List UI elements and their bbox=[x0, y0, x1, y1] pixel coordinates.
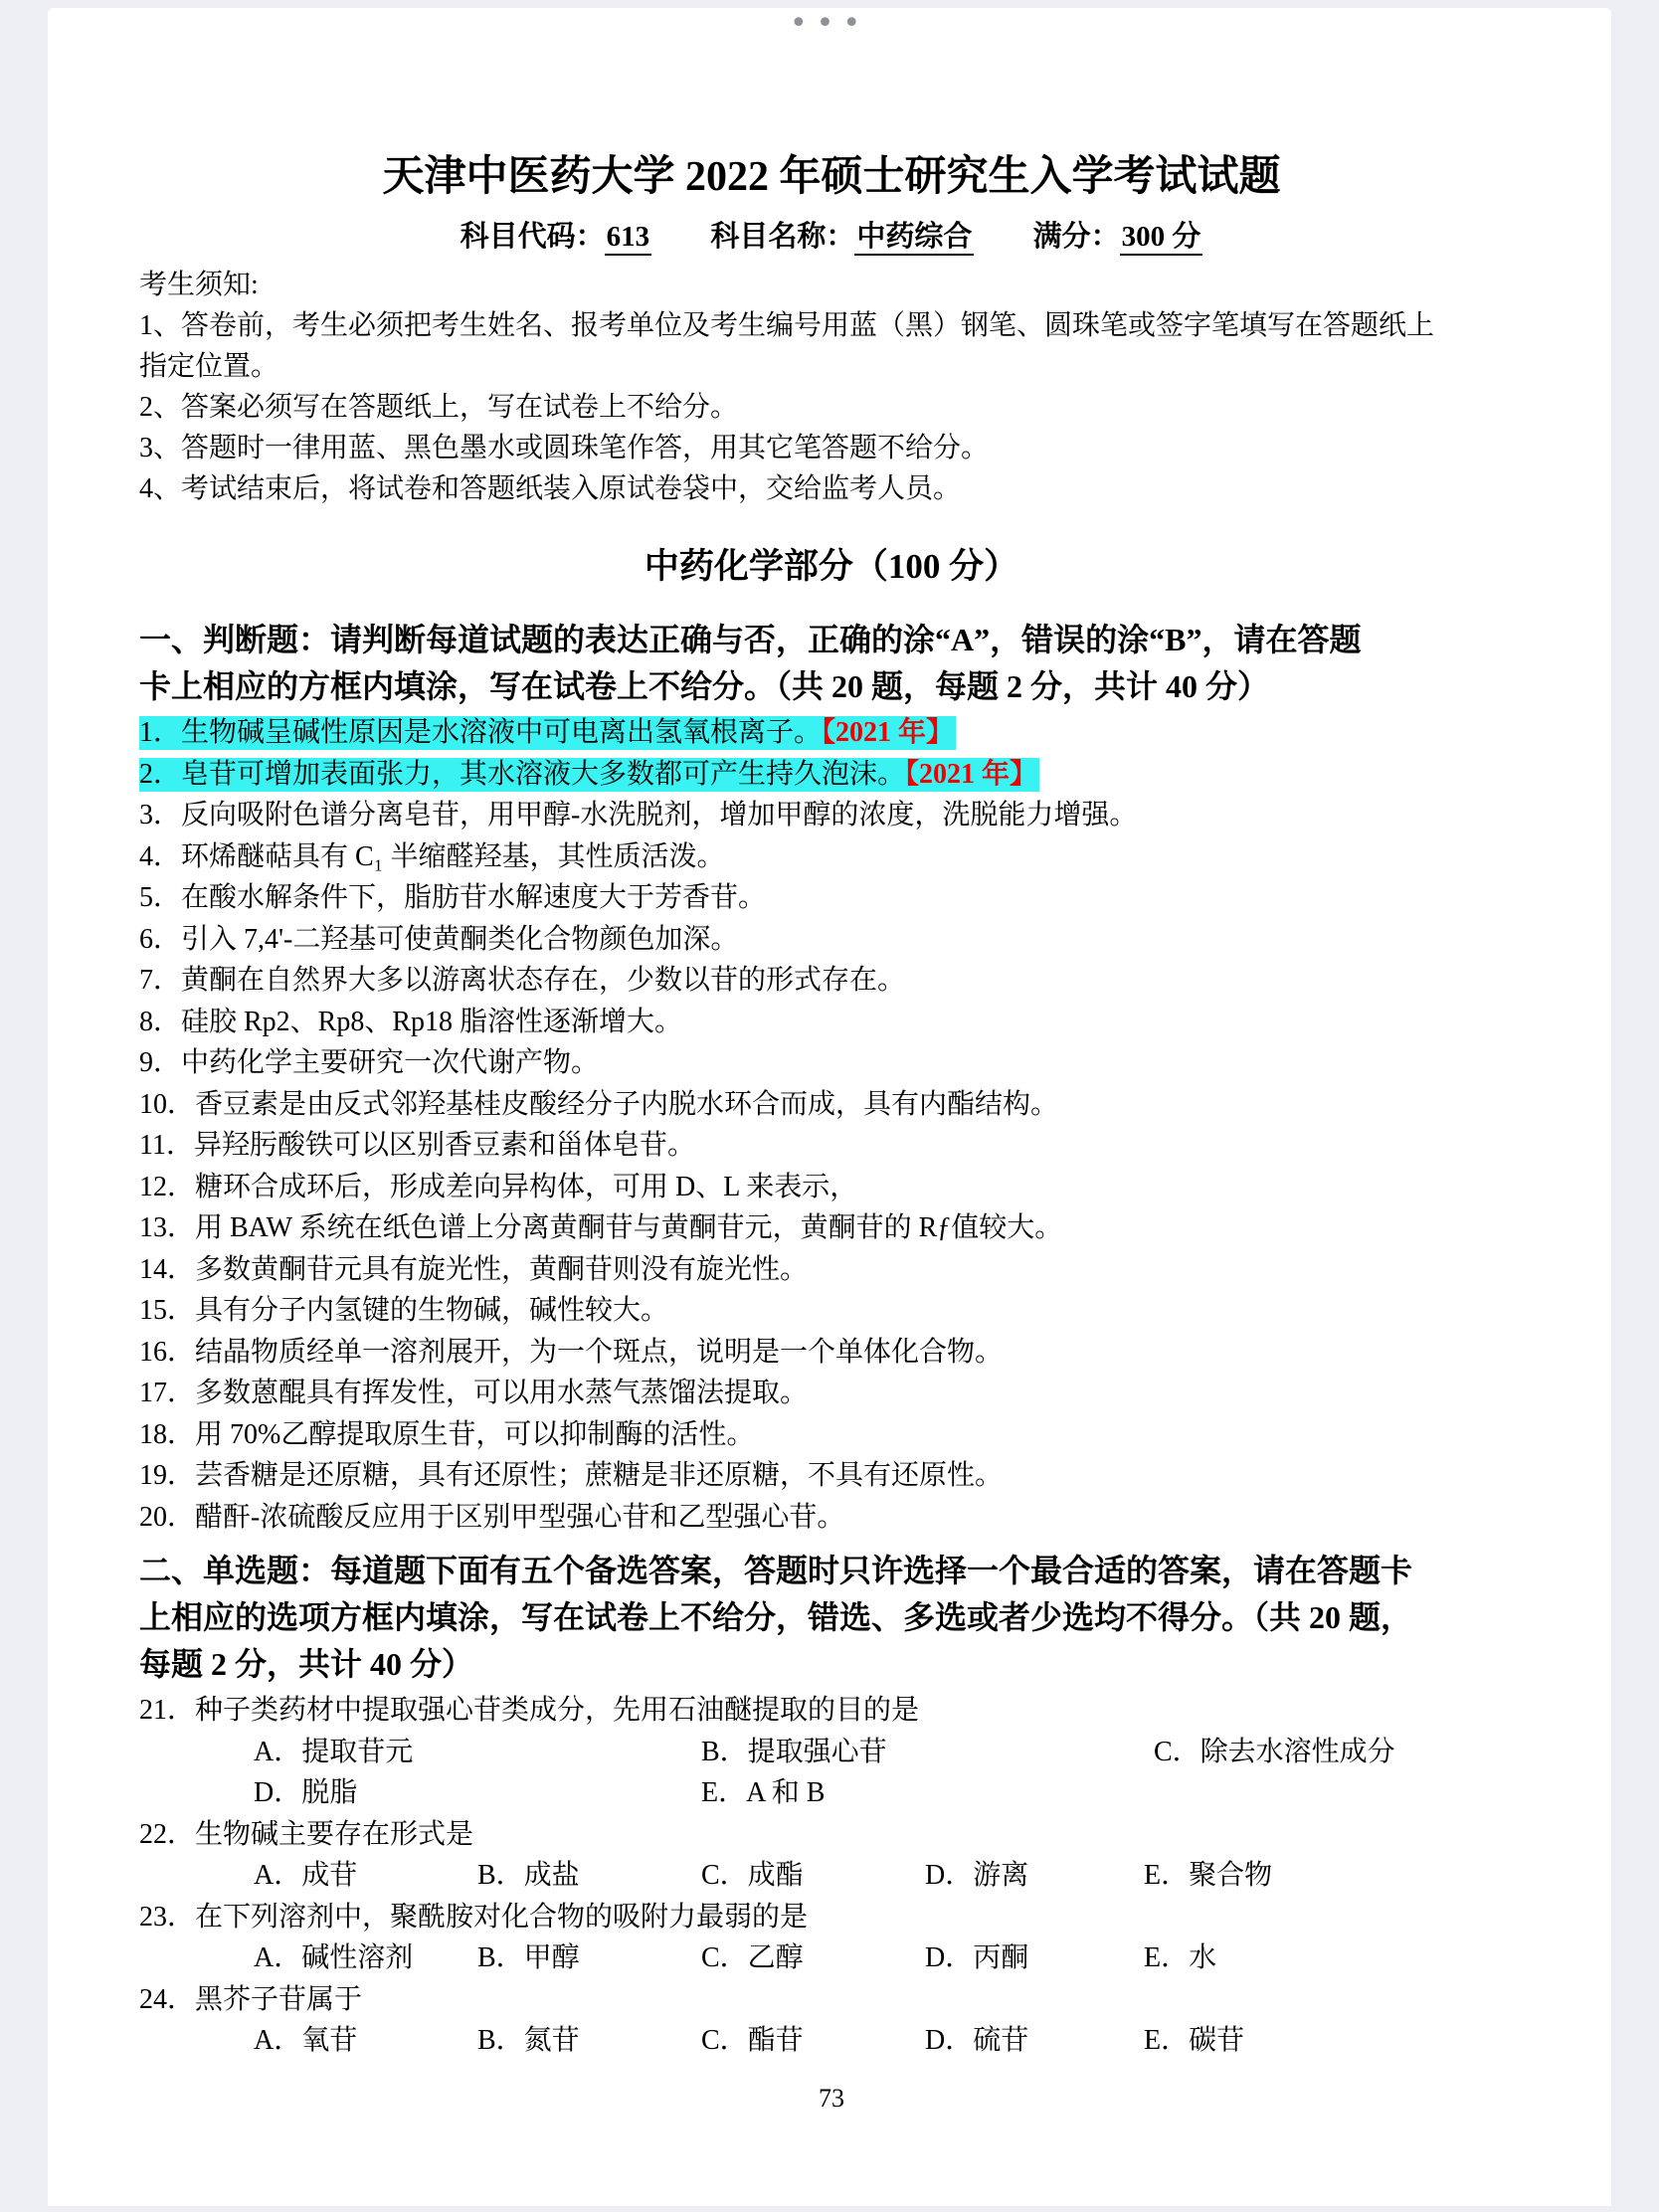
meta-group: 科目名称：中药综合 bbox=[710, 217, 974, 257]
meta-value: 中药综合 bbox=[854, 221, 974, 256]
page-number: 73 bbox=[139, 2084, 1524, 2114]
option-cell: E．聚合物 bbox=[1144, 1855, 1524, 1897]
question-line: 11．异羟肟酸铁可以区别香豆素和甾体皂苷。 bbox=[139, 1129, 697, 1163]
question-line: 2．皂苷可增加表面张力，其水溶液大多数都可产生持久泡沫。【2021 年】 bbox=[139, 758, 1039, 792]
option-cell: A．碱性溶剂 bbox=[254, 1937, 477, 1979]
exam-meta-line: 科目代码：613 科目名称：中药综合 满分：300 分 bbox=[139, 217, 1524, 257]
question-item: 10．香豆素是由反式邻羟基桂皮酸经分子内脱水环合而成，具有内酯结构。 bbox=[139, 1084, 1524, 1126]
more-menu-icon[interactable]: ••• bbox=[790, 4, 869, 44]
question-item: 8．硅胶 Rp2、Rp8、Rp18 脂溶性逐渐增大。 bbox=[139, 1002, 1524, 1043]
question-item: 13．用 BAW 系统在纸色谱上分离黄酮苷与黄酮苷元，黄酮苷的 Rƒ值较大。 bbox=[139, 1207, 1524, 1249]
part-header-line: 一、判断题：请判断每道试题的表达正确与否，正确的涂“A”，错误的涂“B”，请在答… bbox=[139, 617, 1524, 663]
question-item: 20．醋酐-浓硫酸反应用于区别甲型强心苷和乙型强心苷。 bbox=[139, 1497, 1524, 1539]
option-cell: E．碳苷 bbox=[1144, 2020, 1524, 2062]
question-text: 4．环烯醚萜具有 C₁ 半缩醛羟基，其性质活泼。 bbox=[139, 841, 724, 872]
option-cell: E．水 bbox=[1144, 1937, 1524, 1979]
question-text: 13．用 BAW 系统在纸色谱上分离黄酮苷与黄酮苷元，黄酮苷的 Rƒ值较大。 bbox=[139, 1212, 1062, 1243]
part-header-line: 每题 2 分，共计 40 分） bbox=[139, 1641, 1524, 1688]
question-text: 3．反向吸附色谱分离皂苷，用甲醇-水洗脱剂，增加甲醇的浓度，洗脱能力增强。 bbox=[139, 800, 1137, 830]
question-item: 23．在下列溶剂中，聚酰胺对化合物的吸附力最弱的是 A．碱性溶剂 B．甲醇 C．… bbox=[139, 1897, 1524, 1979]
question-text: 15．具有分子内氢键的生物碱，碱性较大。 bbox=[139, 1295, 668, 1326]
question-text: 6．引入 7,4'-二羟基可使黄酮类化合物颜色加深。 bbox=[139, 924, 738, 955]
option-cell: E．A 和 B bbox=[701, 1772, 1154, 1814]
question-line: 17．多数蒽醌具有挥发性，可以用水蒸气蒸馏法提取。 bbox=[139, 1377, 810, 1410]
options-row: A．氧苷 B．氮苷 C．酯苷 D．硫苷 E．碳苷 bbox=[139, 2020, 1524, 2062]
question-text: 16．结晶物质经单一溶剂展开，为一个斑点，说明是一个单体化合物。 bbox=[139, 1337, 1003, 1368]
options-row: D．脱脂 E．A 和 B bbox=[139, 1772, 1524, 1814]
option-cell: A．氧苷 bbox=[254, 2020, 477, 2062]
notice-heading: 考生须知: bbox=[139, 265, 1524, 305]
part-header-line: 上相应的选项方框内填涂，写在试卷上不给分，错选、多选或者少选均不得分。（共 20… bbox=[139, 1594, 1524, 1641]
option-cell: D．游离 bbox=[925, 1855, 1144, 1897]
question-text: 9．中药化学主要研究一次代谢产物。 bbox=[139, 1047, 599, 1078]
question-text: 10．香豆素是由反式邻羟基桂皮酸经分子内脱水环合而成，具有内酯结构。 bbox=[139, 1089, 1058, 1120]
question-line: 1．生物碱呈碱性原因是水溶液中可电离出氢氧根离子。【2021 年】 bbox=[139, 716, 956, 750]
notice-line: 4、考试结束后，将试卷和答题纸装入原试卷袋中，交给监考人员。 bbox=[139, 468, 1524, 509]
question-item: 15．具有分子内氢键的生物碱，碱性较大。 bbox=[139, 1290, 1524, 1332]
question-item: 19．芸香糖是还原糖，具有还原性；蔗糖是非还原糖，不具有还原性。 bbox=[139, 1455, 1524, 1497]
options-rows: A．碱性溶剂 B．甲醇 C．乙醇 D．丙酮 E．水 bbox=[139, 1937, 1524, 1979]
options-rows: A．氧苷 B．氮苷 C．酯苷 D．硫苷 E．碳苷 bbox=[139, 2020, 1524, 2062]
option-cell: D．丙酮 bbox=[925, 1937, 1144, 1979]
question-item: 11．异羟肟酸铁可以区别香豆素和甾体皂苷。 bbox=[139, 1125, 1524, 1167]
part1-question-list: 1．生物碱呈碱性原因是水溶液中可电离出氢氧根离子。【2021 年】 2．皂苷可增… bbox=[139, 712, 1524, 1538]
question-item: 4．环烯醚萜具有 C₁ 半缩醛羟基，其性质活泼。 bbox=[139, 836, 1524, 878]
notice-line: 1、答卷前，考生必须把考生姓名、报考单位及考生编号用蓝（黑）钢笔、圆珠笔或签字笔… bbox=[139, 305, 1524, 346]
part-header-line: 二、单选题：每道题下面有五个备选答案，答题时只许选择一个最合适的答案，请在答题卡 bbox=[139, 1548, 1524, 1594]
section-title: 中药化学部分（100 分） bbox=[139, 543, 1524, 591]
year-tag: 【2021 年】 bbox=[822, 717, 954, 748]
meta-label: 科目名称： bbox=[710, 221, 854, 253]
options-rows: A．提取苷元 B．提取强心苷 C．除去水溶性成分 D．脱脂 bbox=[139, 1732, 1524, 1814]
question-line: 6．引入 7,4'-二羟基可使黄酮类化合物颜色加深。 bbox=[139, 923, 740, 957]
option-cell: B．氮苷 bbox=[477, 2020, 701, 2062]
question-line: 4．环烯醚萜具有 C₁ 半缩醛羟基，其性质活泼。 bbox=[139, 840, 726, 874]
question-text: 2．皂苷可增加表面张力，其水溶液大多数都可产生持久泡沫。 bbox=[139, 759, 905, 790]
option-cell: B．提取强心苷 bbox=[701, 1732, 1154, 1773]
question-line: 3．反向吸附色谱分离皂苷，用甲醇-水洗脱剂，增加甲醇的浓度，洗脱能力增强。 bbox=[139, 799, 1139, 832]
question-text: 5．在酸水解条件下，脂肪苷水解速度大于芳香苷。 bbox=[139, 882, 766, 913]
document-page: ••• 天津中医药大学 2022 年硕士研究生入学考试试题 科目代码：613 科… bbox=[48, 8, 1611, 2206]
notice-line: 指定位置。 bbox=[139, 346, 1524, 387]
question-item: 18．用 70%乙醇提取原生苷，可以抑制酶的活性。 bbox=[139, 1414, 1524, 1456]
part2-question-list: 21．种子类药材中提取强心苷类成分，先用石油醚提取的目的是 A．提取苷元 B．提… bbox=[139, 1690, 1524, 2062]
meta-group: 满分：300 分 bbox=[1033, 217, 1203, 257]
option-cell: C．成酯 bbox=[701, 1855, 925, 1897]
question-text: 18．用 70%乙醇提取原生苷，可以抑制酶的活性。 bbox=[139, 1419, 754, 1450]
question-item: 16．结晶物质经单一溶剂展开，为一个斑点，说明是一个单体化合物。 bbox=[139, 1332, 1524, 1374]
question-text: 11．异羟肟酸铁可以区别香豆素和甾体皂苷。 bbox=[139, 1130, 695, 1161]
question-item: 2．皂苷可增加表面张力，其水溶液大多数都可产生持久泡沫。【2021 年】 bbox=[139, 754, 1524, 796]
question-text: 22．生物碱主要存在形式是 bbox=[139, 1814, 1524, 1856]
options-row: A．碱性溶剂 B．甲醇 C．乙醇 D．丙酮 E．水 bbox=[139, 1937, 1524, 1979]
option-cell: A．成苷 bbox=[254, 1855, 477, 1897]
option-cell: D．脱脂 bbox=[254, 1772, 701, 1814]
question-item: 14．多数黄酮苷元具有旋光性，黄酮苷则没有旋光性。 bbox=[139, 1249, 1524, 1291]
question-item: 22．生物碱主要存在形式是 A．成苷 B．成盐 C．成酯 bbox=[139, 1814, 1524, 1897]
question-line: 16．结晶物质经单一溶剂展开，为一个斑点，说明是一个单体化合物。 bbox=[139, 1336, 1005, 1370]
question-text: 7．黄酮在自然界大多以游离状态存在，少数以苷的形式存在。 bbox=[139, 965, 905, 996]
meta-label: 科目代码： bbox=[461, 221, 605, 253]
question-line: 14．多数黄酮苷元具有旋光性，黄酮苷则没有旋光性。 bbox=[139, 1253, 810, 1287]
question-item: 3．反向吸附色谱分离皂苷，用甲醇-水洗脱剂，增加甲醇的浓度，洗脱能力增强。 bbox=[139, 795, 1524, 836]
question-text: 21．种子类药材中提取强心苷类成分，先用石油醚提取的目的是 bbox=[139, 1690, 1524, 1732]
question-line: 19．芸香糖是还原糖，具有还原性；蔗糖是非还原糖，不具有还原性。 bbox=[139, 1459, 1005, 1493]
options-rows: A．成苷 B．成盐 C．成酯 D．游离 E．聚合物 bbox=[139, 1855, 1524, 1897]
question-item: 21．种子类药材中提取强心苷类成分，先用石油醚提取的目的是 A．提取苷元 B．提… bbox=[139, 1690, 1524, 1814]
question-text: 23．在下列溶剂中，聚酰胺对化合物的吸附力最弱的是 bbox=[139, 1897, 1524, 1938]
question-text: 12．糖环合成环后，形成差向异构体，可用 D、L 来表示， bbox=[139, 1172, 857, 1202]
meta-group: 科目代码：613 bbox=[461, 217, 652, 257]
question-text: 8．硅胶 Rp2、Rp8、Rp18 脂溶性逐渐增大。 bbox=[139, 1007, 682, 1037]
question-text: 24．黑芥子苷属于 bbox=[139, 1979, 1524, 2021]
question-text: 14．多数黄酮苷元具有旋光性，黄酮苷则没有旋光性。 bbox=[139, 1254, 808, 1285]
options-row: A．成苷 B．成盐 C．成酯 D．游离 E．聚合物 bbox=[139, 1855, 1524, 1897]
question-item: 1．生物碱呈碱性原因是水溶液中可电离出氢氧根离子。【2021 年】 bbox=[139, 712, 1524, 754]
option-cell: D．硫苷 bbox=[925, 2020, 1144, 2062]
year-tag: 【2021 年】 bbox=[905, 759, 1037, 790]
options-row: A．提取苷元 B．提取强心苷 C．除去水溶性成分 bbox=[139, 1732, 1524, 1773]
question-line: 13．用 BAW 系统在纸色谱上分离黄酮苷与黄酮苷元，黄酮苷的 Rƒ值较大。 bbox=[139, 1211, 1064, 1245]
question-item: 5．在酸水解条件下，脂肪苷水解速度大于芳香苷。 bbox=[139, 877, 1524, 919]
part-header-line: 卡上相应的方框内填涂，写在试卷上不给分。（共 20 题，每题 2 分，共计 40… bbox=[139, 663, 1524, 710]
question-line: 8．硅胶 Rp2、Rp8、Rp18 脂溶性逐渐增大。 bbox=[139, 1006, 684, 1039]
question-item: 7．黄酮在自然界大多以游离状态存在，少数以苷的形式存在。 bbox=[139, 960, 1524, 1002]
question-line: 12．糖环合成环后，形成差向异构体，可用 D、L 来表示， bbox=[139, 1171, 859, 1204]
notice-line: 2、答案必须写在答题纸上，写在试卷上不给分。 bbox=[139, 387, 1524, 428]
question-line: 7．黄酮在自然界大多以游离状态存在，少数以苷的形式存在。 bbox=[139, 964, 907, 998]
option-cell: C．除去水溶性成分 bbox=[1154, 1732, 1524, 1773]
question-text: 17．多数蒽醌具有挥发性，可以用水蒸气蒸馏法提取。 bbox=[139, 1378, 808, 1408]
exam-title: 天津中医药大学 2022 年硕士研究生入学考试试题 bbox=[139, 153, 1524, 201]
question-text: 20．醋酐-浓硫酸反应用于区别甲型强心苷和乙型强心苷。 bbox=[139, 1502, 844, 1533]
question-item: 17．多数蒽醌具有挥发性，可以用水蒸气蒸馏法提取。 bbox=[139, 1373, 1524, 1414]
option-cell: B．成盐 bbox=[477, 1855, 701, 1897]
question-line: 10．香豆素是由反式邻羟基桂皮酸经分子内脱水环合而成，具有内酯结构。 bbox=[139, 1088, 1060, 1122]
app-background: { "colors":{ "page_background":"#edeff4"… bbox=[0, 0, 1659, 2212]
part1-header: 一、判断题：请判断每道试题的表达正确与否，正确的涂“A”，错误的涂“B”，请在答… bbox=[139, 617, 1524, 710]
notice-line: 3、答题时一律用蓝、黑色墨水或圆珠笔作答，用其它笔答题不给分。 bbox=[139, 428, 1524, 468]
question-text: 1．生物碱呈碱性原因是水溶液中可电离出氢氧根离子。 bbox=[139, 717, 822, 748]
question-line: 20．醋酐-浓硫酸反应用于区别甲型强心苷和乙型强心苷。 bbox=[139, 1501, 846, 1535]
option-cell: C．酯苷 bbox=[701, 2020, 925, 2062]
option-cell: C．乙醇 bbox=[701, 1937, 925, 1979]
question-line: 15．具有分子内氢键的生物碱，碱性较大。 bbox=[139, 1294, 670, 1328]
question-text: 19．芸香糖是还原糖，具有还原性；蔗糖是非还原糖，不具有还原性。 bbox=[139, 1460, 1003, 1491]
meta-value: 613 bbox=[605, 221, 652, 256]
question-line: 9．中药化学主要研究一次代谢产物。 bbox=[139, 1046, 601, 1080]
question-line: 5．在酸水解条件下，脂肪苷水解速度大于芳香苷。 bbox=[139, 881, 768, 915]
meta-label: 满分： bbox=[1033, 221, 1120, 253]
option-cell: B．甲醇 bbox=[477, 1937, 701, 1979]
option-cell: A．提取苷元 bbox=[254, 1732, 701, 1773]
meta-value: 300 分 bbox=[1120, 221, 1203, 256]
part2-header: 二、单选题：每道题下面有五个备选答案，答题时只许选择一个最合适的答案，请在答题卡… bbox=[139, 1548, 1524, 1688]
question-item: 24．黑芥子苷属于 A．氧苷 B．氮苷 C．酯苷 bbox=[139, 1979, 1524, 2062]
question-item: 6．引入 7,4'-二羟基可使黄酮类化合物颜色加深。 bbox=[139, 919, 1524, 961]
document-content: 天津中医药大学 2022 年硕士研究生入学考试试题 科目代码：613 科目名称：… bbox=[48, 8, 1611, 2114]
question-line: 18．用 70%乙醇提取原生苷，可以抑制酶的活性。 bbox=[139, 1418, 756, 1452]
notice-list: 1、答卷前，考生必须把考生姓名、报考单位及考生编号用蓝（黑）钢笔、圆珠笔或签字笔… bbox=[139, 305, 1524, 509]
question-item: 9．中药化学主要研究一次代谢产物。 bbox=[139, 1042, 1524, 1084]
question-item: 12．糖环合成环后，形成差向异构体，可用 D、L 来表示， bbox=[139, 1167, 1524, 1208]
